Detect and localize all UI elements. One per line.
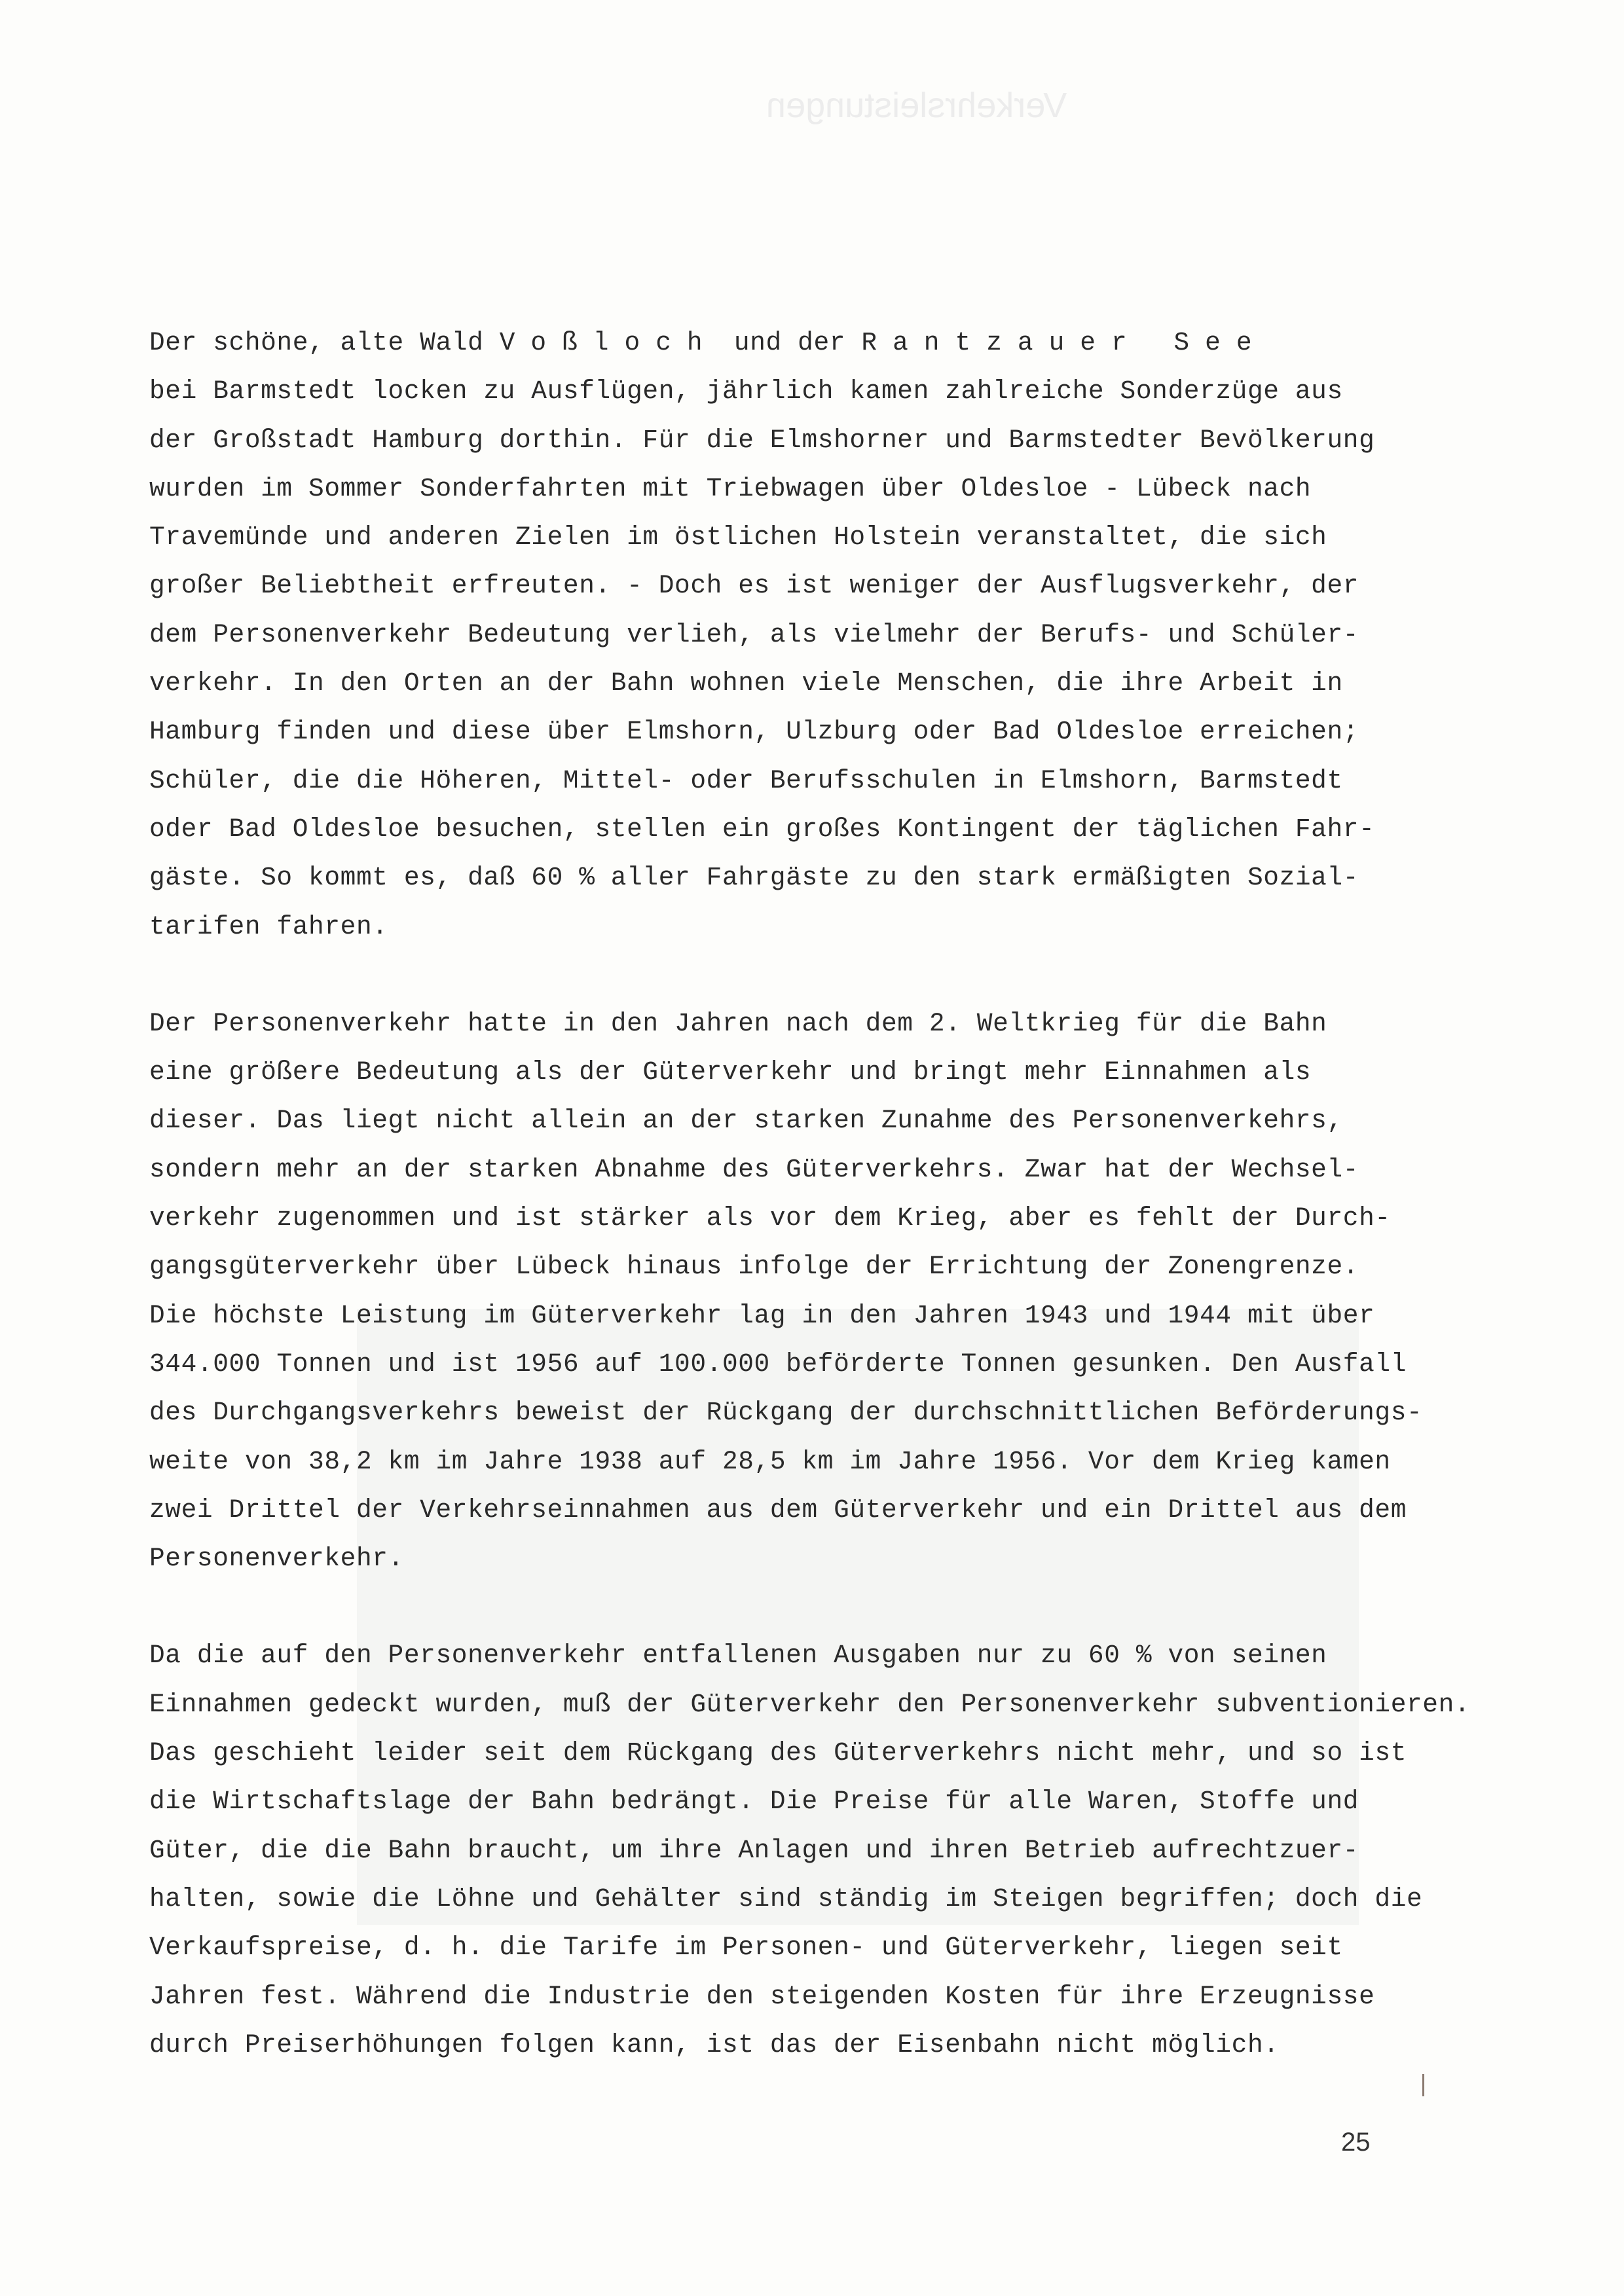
emphasized-name: Voßloch bbox=[500, 328, 718, 357]
text-line: Die höchste Leistung im Güterverkehr lag… bbox=[149, 1292, 1524, 1340]
paragraph: Der schöne, alte Wald Voßloch und der Ra… bbox=[149, 319, 1524, 951]
emphasized-name: Rantzauer See bbox=[861, 328, 1267, 357]
text-line: halten, sowie die Löhne und Gehälter sin… bbox=[149, 1875, 1524, 1923]
text-line: Travemünde und anderen Zielen im östlich… bbox=[149, 513, 1524, 562]
text-line: Verkaufspreise, d. h. die Tarife im Pers… bbox=[149, 1923, 1524, 1972]
text-line: Der Personenverkehr hatte in den Jahren … bbox=[149, 1000, 1524, 1048]
text-line: Da die auf den Personenverkehr entfallen… bbox=[149, 1631, 1524, 1680]
showthrough-title: Verkehrsleistungen bbox=[766, 85, 1067, 126]
paragraph: Da die auf den Personenverkehr entfallen… bbox=[149, 1631, 1524, 2069]
text-line: sondern mehr an der starken Abnahme des … bbox=[149, 1146, 1524, 1194]
text-line: Hamburg finden und diese über Elmshorn, … bbox=[149, 708, 1524, 756]
paragraph: Der Personenverkehr hatte in den Jahren … bbox=[149, 1000, 1524, 1584]
text-line: bei Barmstedt locken zu Ausflügen, jährl… bbox=[149, 367, 1524, 416]
text-line: eine größere Bedeutung als der Güterverk… bbox=[149, 1048, 1524, 1097]
text-line: Der schöne, alte Wald Voßloch und der Ra… bbox=[149, 319, 1524, 367]
text-line: oder Bad Oldesloe besuchen, stellen ein … bbox=[149, 805, 1524, 854]
text-line: verkehr. In den Orten an der Bahn wohnen… bbox=[149, 659, 1524, 708]
text-line: gäste. So kommt es, daß 60 % aller Fahrg… bbox=[149, 854, 1524, 902]
text-line: dieser. Das liegt nicht allein an der st… bbox=[149, 1097, 1524, 1145]
text-line: Personenverkehr. bbox=[149, 1535, 1524, 1583]
text-line: verkehr zugenommen und ist stärker als v… bbox=[149, 1194, 1524, 1243]
text-line: Einnahmen gedeckt wurden, muß der Güterv… bbox=[149, 1681, 1524, 1729]
text-line: weite von 38,2 km im Jahre 1938 auf 28,5… bbox=[149, 1438, 1524, 1486]
text-line: zwei Drittel der Verkehrseinnahmen aus d… bbox=[149, 1486, 1524, 1535]
text-line: der Großstadt Hamburg dorthin. Für die E… bbox=[149, 416, 1524, 465]
text-line: tarifen fahren. bbox=[149, 903, 1524, 951]
text-line: Schüler, die die Höheren, Mittel- oder B… bbox=[149, 757, 1524, 805]
text-line: 344.000 Tonnen und ist 1956 auf 100.000 … bbox=[149, 1340, 1524, 1389]
text-line: die Wirtschaftslage der Bahn bedrängt. D… bbox=[149, 1777, 1524, 1826]
text-line: gangsgüterverkehr über Lübeck hinaus inf… bbox=[149, 1243, 1524, 1291]
text-line: Das geschieht leider seit dem Rückgang d… bbox=[149, 1729, 1524, 1777]
text-line: durch Preiserhöhungen folgen kann, ist d… bbox=[149, 2021, 1524, 2069]
text-segment: Der schöne, alte Wald bbox=[149, 328, 500, 357]
text-line: Güter, die die Bahn braucht, um ihre Anl… bbox=[149, 1827, 1524, 1875]
page-number: 25 bbox=[1341, 2128, 1371, 2157]
margin-mark bbox=[1422, 2074, 1424, 2096]
text-line: wurden im Sommer Sonderfahrten mit Trieb… bbox=[149, 465, 1524, 513]
text-segment: und der bbox=[718, 328, 862, 357]
text-line: dem Personenverkehr Bedeutung verlieh, a… bbox=[149, 611, 1524, 659]
text-line: des Durchgangsverkehrs beweist der Rückg… bbox=[149, 1389, 1524, 1437]
text-line: großer Beliebtheit erfreuten. - Doch es … bbox=[149, 562, 1524, 610]
text-line: Jahren fest. Während die Industrie den s… bbox=[149, 1973, 1524, 2021]
page-body: Der schöne, alte Wald Voßloch und der Ra… bbox=[149, 319, 1524, 2118]
